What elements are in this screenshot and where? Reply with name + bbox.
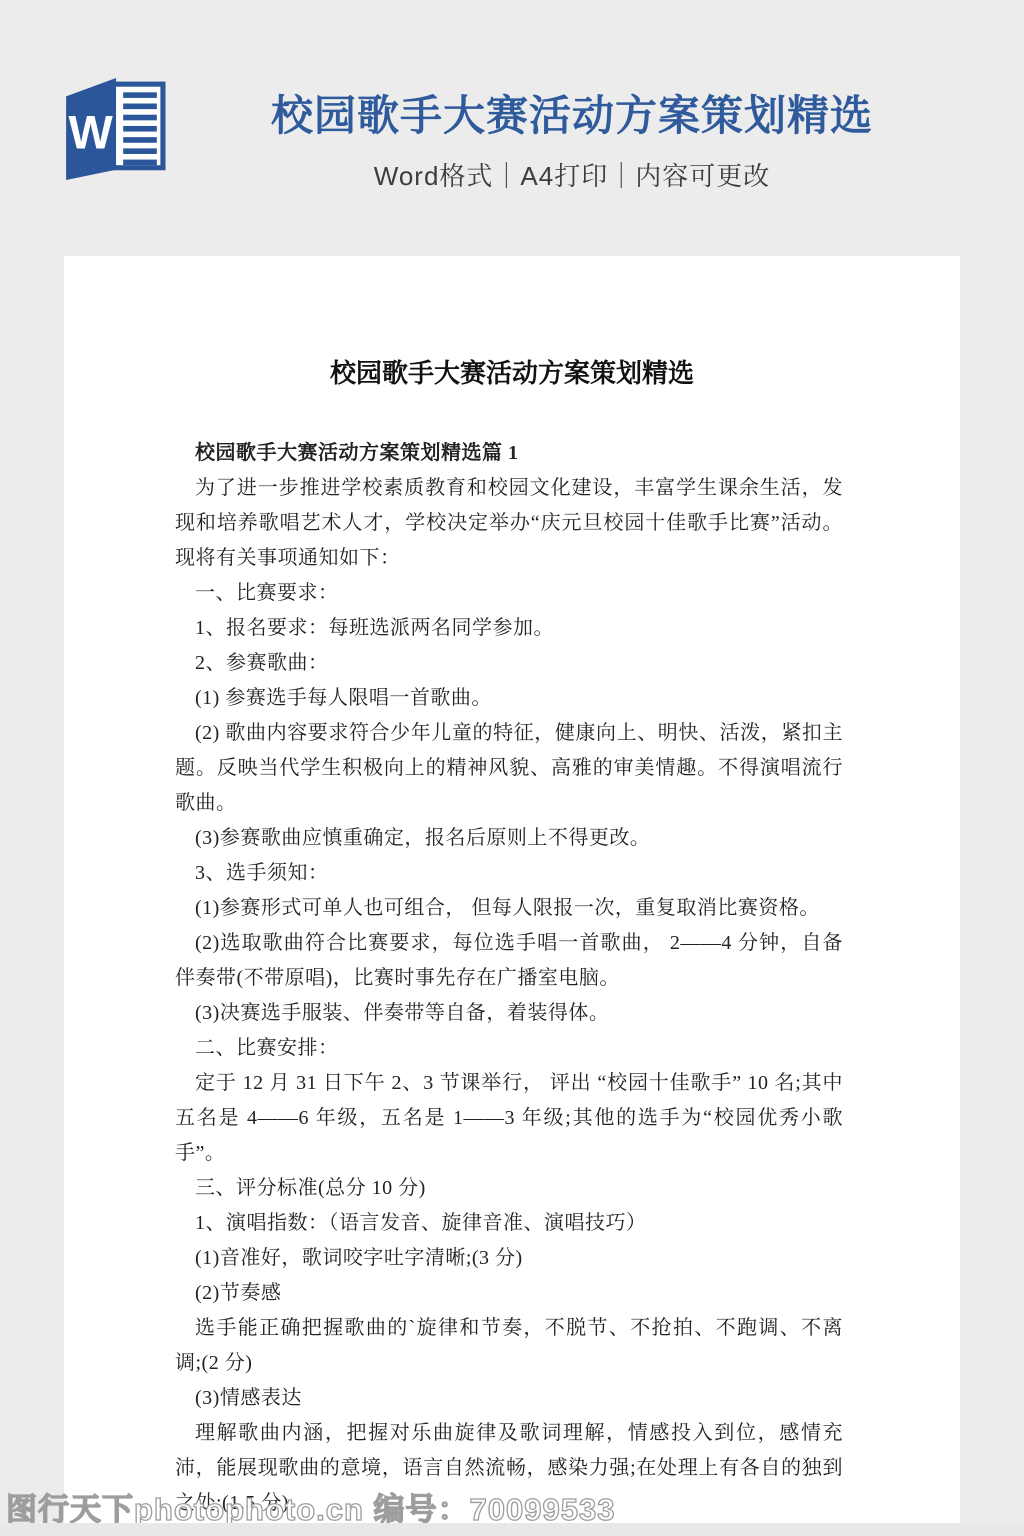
doc-paragraph: (1)音准好，歌词咬字吐字清晰;(3 分): [175, 1241, 843, 1276]
doc-paragraph: 1、演唱指数：（语言发音、旋律音准、演唱技巧）: [175, 1206, 843, 1241]
doc-body: 校园歌手大赛活动方案策划精选篇 1为了进一步推进学校素质教育和校园文化建设，丰富…: [175, 436, 843, 1521]
word-icon-letter: W: [68, 106, 113, 158]
template-subtitle: Word格式｜A4打印｜内容可更改: [140, 156, 1004, 193]
doc-paragraph: 1、报名要求：每班选派两名同学参加。: [175, 611, 843, 646]
doc-paragraph: (1)参赛形式可单人也可组合， 但每人限报一次，重复取消比赛资格。: [175, 891, 843, 926]
doc-paragraph: (2)选取歌曲符合比赛要求，每位选手唱一首歌曲， 2——4 分钟，自备伴奏带(不…: [175, 926, 843, 996]
document-page: 校园歌手大赛活动方案策划精选 校园歌手大赛活动方案策划精选篇 1为了进一步推进学…: [64, 256, 960, 1523]
header-text: 校园歌手大赛活动方案策划精选 Word格式｜A4打印｜内容可更改: [140, 92, 1004, 193]
doc-paragraph: 二、比赛安排：: [175, 1031, 843, 1066]
doc-paragraph: 选手能正确把握歌曲的`旋律和节奏，不脱节、不抢拍、不跑调、不离调;(2 分): [175, 1311, 843, 1381]
doc-paragraph: 校园歌手大赛活动方案策划精选篇 1: [175, 436, 843, 471]
doc-paragraph: (2) 歌曲内容要求符合少年儿童的特征，健康向上、明快、活泼，紧扣主题。反映当代…: [175, 716, 843, 821]
doc-paragraph: (2)节奏感: [175, 1276, 843, 1311]
doc-paragraph: (3)情感表达: [175, 1381, 843, 1416]
doc-paragraph: (3)决赛选手服装、伴奏带等自备，着装得体。: [175, 996, 843, 1031]
doc-paragraph: 定于 12 月 31 日下午 2、3 节课举行， 评出 “校园十佳歌手” 10 …: [175, 1066, 843, 1171]
doc-paragraph: 一、比赛要求：: [175, 576, 843, 611]
template-preview-page: W 校园歌手大赛活动方案策划精选 Word格式｜A4打印｜内容可更改 校园歌手大…: [0, 0, 1024, 1536]
doc-paragraph: 为了进一步推进学校素质教育和校园文化建设，丰富学生课余生活，发现和培养歌唱艺术人…: [175, 471, 843, 576]
header: W 校园歌手大赛活动方案策划精选 Word格式｜A4打印｜内容可更改: [0, 0, 1024, 256]
doc-paragraph: (3)参赛歌曲应慎重确定，报名后原则上不得更改。: [175, 821, 843, 856]
doc-paragraph: (1) 参赛选手每人限唱一首歌曲。: [175, 681, 843, 716]
doc-paragraph: 3、选手须知：: [175, 856, 843, 891]
document-title: 校园歌手大赛活动方案策划精选: [64, 256, 960, 390]
doc-paragraph: 三、评分标准(总分 10 分): [175, 1171, 843, 1206]
template-title: 校园歌手大赛活动方案策划精选: [140, 92, 1004, 140]
bottom-strip: [0, 1523, 1024, 1536]
doc-paragraph: 2、参赛歌曲：: [175, 646, 843, 681]
